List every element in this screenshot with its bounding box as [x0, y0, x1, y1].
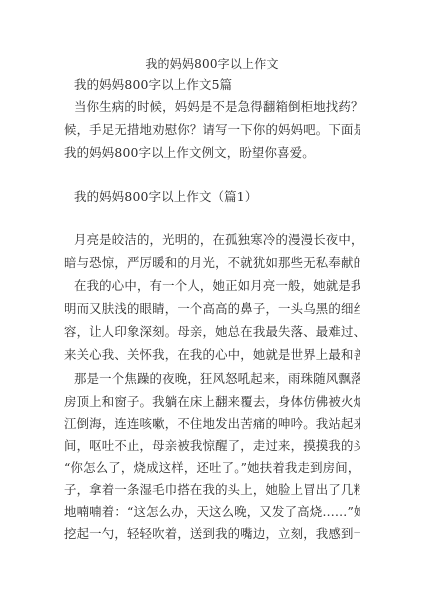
paragraph-line: 子，拿着一条湿毛巾搭在我的头上，她脸上冒出了几粒泪珠，嘴里不停 [64, 482, 360, 498]
paragraph-line: 月亮是皎洁的，光明的，在孤独寒冷的漫漫长夜中，它为我们驱散黑 [74, 232, 360, 248]
document-subtitle: 我的妈妈800字以上作文5篇 [74, 77, 360, 93]
intro-line: 候，手足无措地劝慰你？请写一下你的妈妈吧。下面是我为大家收集的 [64, 122, 360, 138]
intro-line: 当你生病的时候，妈妈是不是急得翻箱倒柜地找药？当你哭泣的时 [74, 99, 360, 115]
paragraph-line: 在我的心中，有一个人，她正如月亮一般，她就是我的母亲。一双光 [74, 278, 360, 294]
document-page: 我的妈妈800字以上作文 我的妈妈800字以上作文5篇 当你生病的时候，妈妈是不… [0, 0, 424, 600]
paragraph-line: 间，呕吐不止，母亲被我惊醒了，走过来，摸摸我的头，着急地问我： [64, 438, 360, 454]
intro-line: 我的妈妈800字以上作文例文，盼望你喜爱。 [64, 145, 360, 161]
paragraph-line: 来关心我、关怀我，在我的心中，她就是世界上最和善的人。 [64, 347, 360, 363]
paragraph-line: “你怎么了，烧成这样，还吐了。”她扶着我走到房间，帮我盖上了被 [64, 460, 360, 476]
paragraph-line: 容，让人印象深刻。母亲，她总在我最失落、最难过、最苦痛不堪之时 [64, 324, 360, 340]
paragraph-line: 那是一个焦躁的夜晚，狂风怒吼起来，雨珠随风飘落，不停地敲打着 [74, 371, 360, 387]
document-title: 我的妈妈800字以上作文 [0, 56, 424, 72]
paragraph-line: 地喃喃着：“这怎么办，天这么晚，又发了高烧……”她泡了一杯药， [64, 504, 360, 520]
paragraph-line: 房顶上和窗子。我躺在床上翻来覆去，身体仿佛被火焰灼烤着，胃里翻 [64, 394, 360, 410]
paragraph-line: 江倒海，连连咳嗽，不住地发出苦痛的呻吟。我站起来，慢步走向洗手 [64, 416, 360, 432]
paragraph-line: 挖起一勺，轻轻吹着，送到我的嘴边，立刻，我感到一股暖流涌进我的 [64, 526, 360, 542]
paragraph-line: 暗与恐惊，严厉暖和的月光，不就犹如那些无私奉献的人吗？ [64, 255, 360, 271]
section-heading: 我的妈妈800字以上作文（篇1） [74, 189, 360, 205]
paragraph-line: 明而又肤浅的眼睛，一个高高的鼻子，一头乌黑的细丝，她那爽朗的笑 [64, 301, 360, 317]
